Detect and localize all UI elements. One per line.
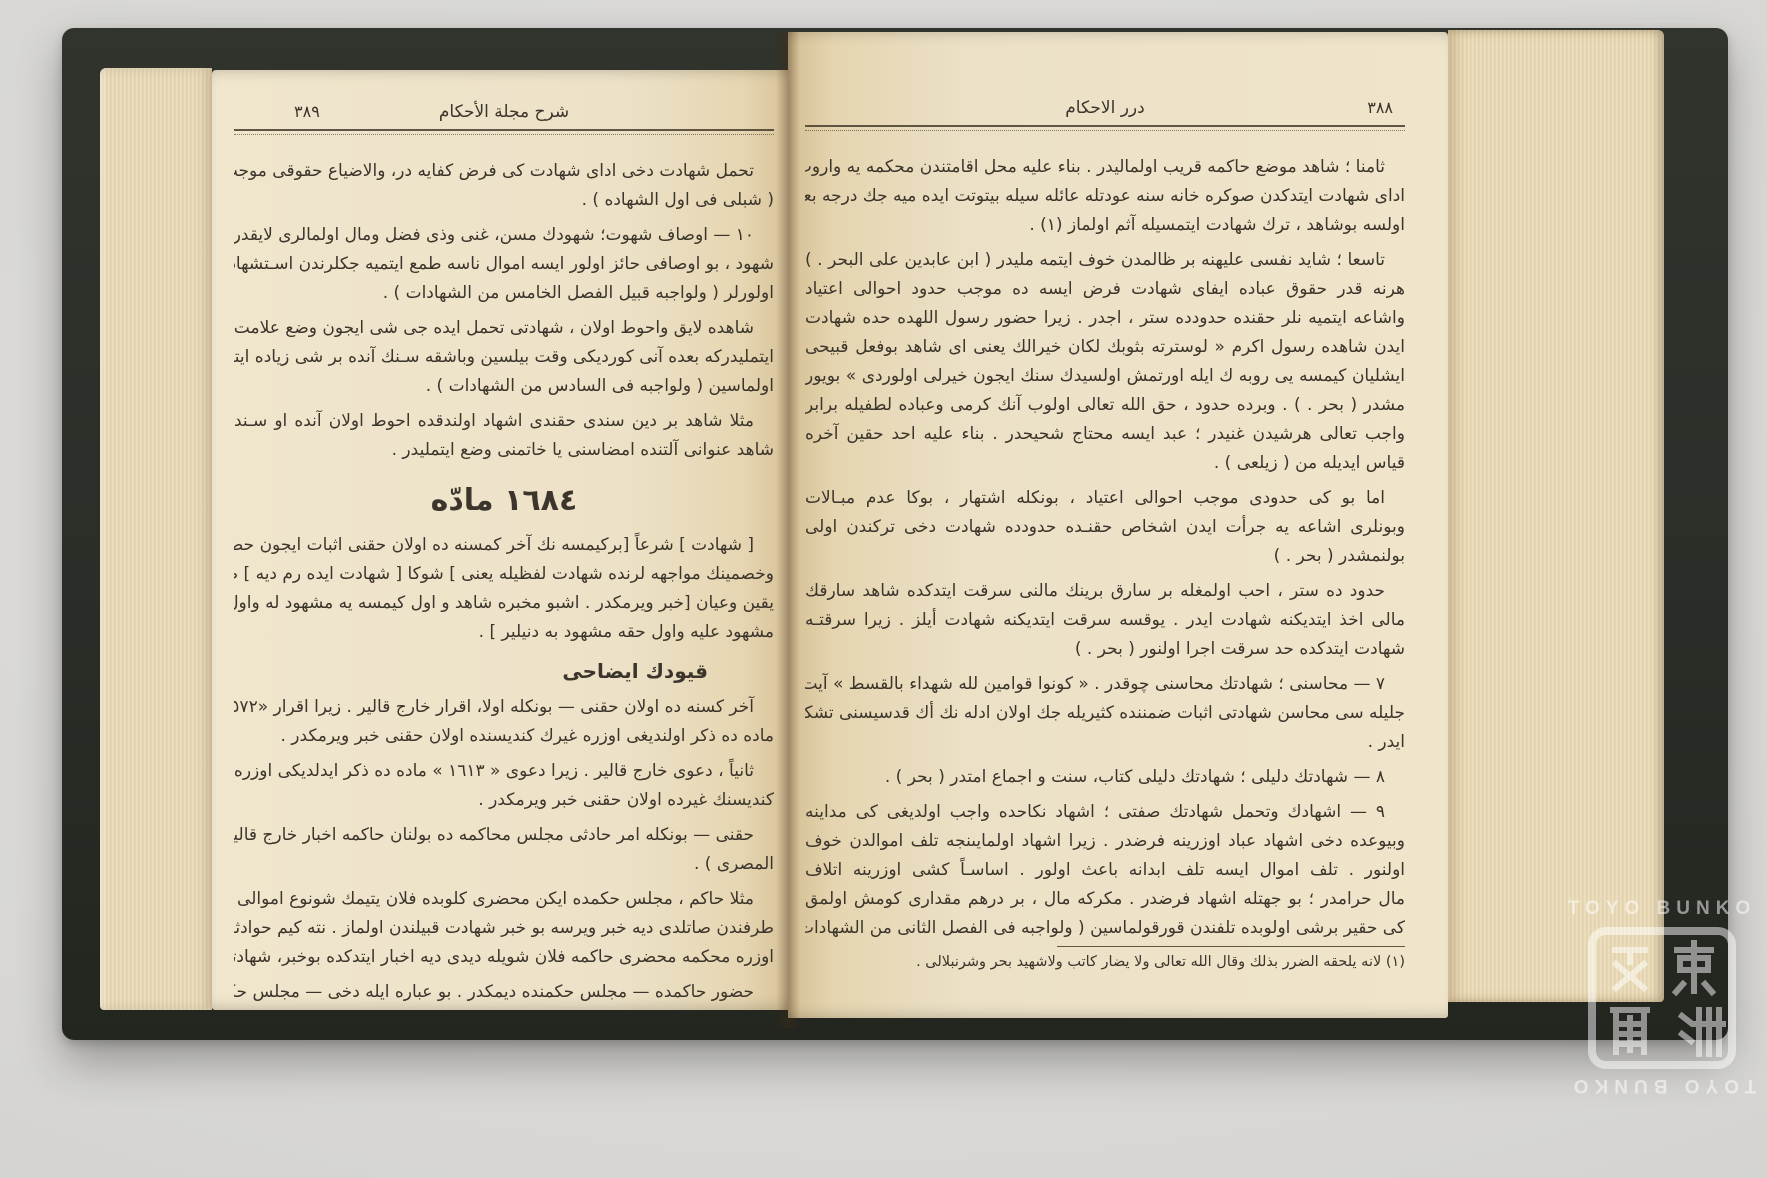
text-line: ثامنا ؛ شاهد موضع حاكمه قريب اولماليدر .… bbox=[805, 153, 1405, 182]
text-line: جليله سى محاسن شهادتى اثبات ضمننده كثيري… bbox=[805, 699, 1405, 728]
text-line: شاهده لايق واحوط اولان ، شهادتى تحمل ايد… bbox=[234, 314, 774, 343]
text-line: واجب تعالى هرشيدن غنيدر ؛ عبد ايسه محتاج… bbox=[805, 420, 1405, 449]
text-line: مشدر ( بحر . ) . وبرده حدود ، حق الله تع… bbox=[805, 391, 1405, 420]
text-line: مالى اخذ ايتديكنه شهادت ايدر . يوقسه سرق… bbox=[805, 606, 1405, 635]
text-line: مال حرامدر ؛ بو جهتله اشهاد فرضدر . مكرك… bbox=[805, 885, 1405, 914]
text-line: ٩ — اشهادك وتحمل شهادتك صفتى ؛ اشهاد نكا… bbox=[805, 798, 1405, 827]
text-line: شهادت ايتدكده حد سرقت اجرا اولنور ( بحر … bbox=[805, 635, 1405, 664]
text-line: وبونلرى اشاعه يه جرأت ايدن اشخاص حقنـده … bbox=[805, 513, 1405, 542]
left-page: ٣٨٩ شرح مجلة الأحكام تحمل شهادت دخى اداى… bbox=[212, 70, 788, 1010]
text-line: شهود ، بو اوصافى حائز اولور ايسه اموال ن… bbox=[234, 250, 774, 279]
text-line: ماده ده ذكر اولنديغى اوزره غيرك كنديسنده… bbox=[234, 722, 774, 751]
text-line: [ شهادت ] شرعاً [بركيمسه نك آخر كمسنه ده… bbox=[234, 531, 774, 560]
text-line: هرنه قدر حقوق عباده ايفاى شهادت فرض ايسه… bbox=[805, 275, 1405, 304]
text-line: ايتمليدركه بعده آنى كورديكى وقت بيلسين و… bbox=[234, 343, 774, 372]
text-line: ثانياً ، دعوى خارج قالير . زيرا دعوى « ١… bbox=[234, 757, 774, 786]
footnote-rule bbox=[1057, 946, 1405, 947]
text-line: قياس ايديله من ( زيلعى ) . bbox=[805, 449, 1405, 478]
text-line: المصرى ) . bbox=[234, 850, 774, 879]
text-line: كنديسنك غيرده اولان حقنى خبر ويرمكدر . bbox=[234, 786, 774, 815]
right-page: ٣٨٨ درر الاحكام ثامنا ؛ شاهد موضع حاكمه … bbox=[788, 32, 1448, 1018]
text-line: وخصمينك مواجهه لرنده شهادت لفظيله يعنى ]… bbox=[234, 560, 774, 589]
text-line: اولماسين ( ولواجبه فى السادس من الشهادات… bbox=[234, 372, 774, 401]
text-line: وبيوعده دخى اشهاد عباد اوزرينه فرضدر . ز… bbox=[805, 827, 1405, 856]
right-page-text: ثامنا ؛ شاهد موضع حاكمه قريب اولماليدر .… bbox=[805, 153, 1405, 943]
text-line: كى حقير برشى اولوبده تلفندن قورقولماسين … bbox=[805, 914, 1405, 943]
right-page-header: ٣٨٨ درر الاحكام bbox=[805, 96, 1405, 120]
text-line: ( شبلى فى اول الشهاده ) . bbox=[234, 186, 774, 215]
book-gutter-shadow bbox=[776, 32, 800, 1028]
text-line: ايدن شاهده رسول اكرم « لوسترته بثوبك لكا… bbox=[805, 333, 1405, 362]
text-line: ١٦٨٤ مادّه bbox=[234, 479, 774, 523]
text-line: قيودك ايضاحى bbox=[234, 655, 708, 687]
left-header-rule bbox=[234, 129, 774, 135]
right-header-rule bbox=[805, 125, 1405, 131]
text-line: آخر كسنه ده اولان حقنى — بونكله اولا، اق… bbox=[234, 693, 774, 722]
watermark-text-bottom: TOYO BUNKO bbox=[1553, 1074, 1767, 1096]
left-page-header-title: شرح مجلة الأحكام bbox=[439, 102, 569, 122]
text-line: بولنمشدر ( بحر . ) bbox=[805, 542, 1405, 571]
text-line: مثلا حاكم ، مجلس حكمده ايكن محضرى كلوبده… bbox=[234, 885, 774, 914]
book-photo: ٣٨٩ شرح مجلة الأحكام تحمل شهادت دخى اداى… bbox=[0, 0, 1767, 1178]
text-line: مثلا شاهد بر دين سندى حقندى اشهاد اولندق… bbox=[234, 407, 774, 436]
left-page-number: ٣٨٩ bbox=[294, 100, 320, 124]
text-line: مشهود عليه واول حقه مشهود به دنيلير ] . bbox=[234, 618, 774, 647]
text-line: اولورلر ( ولواجبه قبيل الفصل الخامس من ا… bbox=[234, 279, 774, 308]
text-line: اوزره محكمه محضرى حاكمه فلان شويله ديدى … bbox=[234, 943, 774, 972]
text-line: حضور حاكمده — مجلس حكمنده ديمكدر . بو عب… bbox=[234, 978, 774, 1007]
footnote: (١) لانه يلحقه الضرر بذلك وقال الله تعال… bbox=[805, 951, 1405, 974]
text-line: ايشليان كيمسه يى روبه ك ايله اورتمش اولس… bbox=[805, 362, 1405, 391]
left-page-edges bbox=[100, 68, 212, 1010]
text-line: تحمل شهادت دخى اداى شهادت كى فرض كفايه د… bbox=[234, 157, 774, 186]
left-page-text: تحمل شهادت دخى اداى شهادت كى فرض كفايه د… bbox=[234, 157, 774, 1007]
right-page-number: ٣٨٨ bbox=[1367, 96, 1393, 120]
text-line: شاهد عنوانى آلتنده امضاسنى يا خاتمنى وضع… bbox=[234, 436, 774, 465]
text-line: طرفندن صاتلدى ديه خبر ويرسه بو خبر شهادت… bbox=[234, 914, 774, 943]
text-line: حدود ده ستر ، احب اولمغله بر سارق برينك … bbox=[805, 577, 1405, 606]
left-page-header: ٣٨٩ شرح مجلة الأحكام bbox=[234, 100, 774, 124]
right-page-header-title: درر الاحكام bbox=[1065, 98, 1144, 118]
text-line: ٧ — محاسنى ؛ شهادتك محاسنى چوقدر . « كون… bbox=[805, 670, 1405, 699]
text-line: يقين وعيان [خبر ويرمكدر . اشبو مخبره شاه… bbox=[234, 589, 774, 618]
text-line: ايدر . bbox=[805, 728, 1405, 757]
text-line: اما بو كى حدودى موجب احوالى اعتياد ، بون… bbox=[805, 484, 1405, 513]
text-line: تاسعا ؛ شايد نفسى عليهنه بر ظالمدن خوف ا… bbox=[805, 246, 1405, 275]
text-line: واشاعه ايتميه نلر حقنده حدودده ستر ، اجد… bbox=[805, 304, 1405, 333]
text-line: حقنى — بونكله امر حادثى مجلس محاكمه ده ب… bbox=[234, 821, 774, 850]
text-line: ٨ — شهادتك دليلى ؛ شهادتك دليلى كتاب، سن… bbox=[805, 763, 1405, 792]
text-line: اولسه بوشاهد ، ترك شهادت ايتمسيله آثم او… bbox=[805, 211, 1405, 240]
right-page-edges bbox=[1448, 30, 1664, 1002]
text-line: اداى شهادت ايتدكدن صوكره خانه سنه عودتله… bbox=[805, 182, 1405, 211]
book: ٣٨٩ شرح مجلة الأحكام تحمل شهادت دخى اداى… bbox=[62, 28, 1728, 1040]
text-line: اولنور . تلف اموال ايسه تلف ابدانه باعث … bbox=[805, 856, 1405, 885]
text-line: ١٠ — اوصاف شهوت؛ شهودك مسن، غنى وذى فضل … bbox=[234, 221, 774, 250]
